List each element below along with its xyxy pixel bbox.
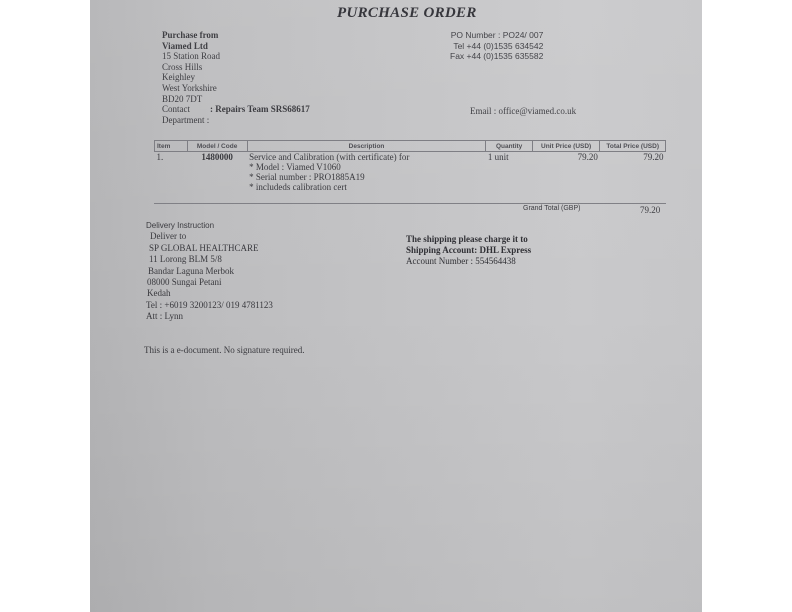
contact-label: Contact: [162, 104, 210, 115]
cell-quantity: 1 unit: [486, 152, 532, 193]
total-divider: [154, 203, 666, 204]
po-fax: Fax +44 (0)1535 635582: [450, 51, 543, 62]
delivery-phone: Tel : +6019 3200123/ 019 4781123: [146, 300, 273, 311]
department-label: Department :: [162, 115, 310, 126]
vendor-name: Viamed Ltd: [162, 41, 310, 52]
delivery-attention: Att : Lynn: [146, 311, 273, 322]
cell-unit-price: 79.20: [532, 152, 600, 193]
document-title: PURCHASE ORDER: [337, 5, 477, 22]
header-total-price: Total Price (USD): [600, 141, 666, 152]
vendor-contact: Contact: Repairs Team SRS68617: [162, 104, 310, 115]
table-row: 1. 1480000 Service and Calibration (with…: [155, 152, 666, 193]
delivery-heading: Delivery Instruction: [146, 220, 273, 231]
delivery-line: Bandar Laguna Merbok: [146, 266, 273, 277]
po-info-block: PO Number : PO24/ 007 Tel +44 (0)1535 63…: [450, 30, 543, 62]
header-model-code: Model / Code: [187, 141, 247, 152]
header-quantity: Quantity: [486, 141, 532, 152]
header-description: Description: [247, 141, 486, 152]
vendor-address-line: 15 Station Road: [162, 51, 310, 62]
vendor-email: Email : office@viamed.co.uk: [470, 106, 576, 116]
delivery-line: SP GLOBAL HEALTHCARE: [146, 243, 273, 254]
description-line: Service and Calibration (with certificat…: [249, 152, 484, 162]
description-line: * Serial number : PRO1885A19: [249, 172, 484, 182]
vendor-heading: Purchase from: [162, 30, 310, 41]
vendor-address-line: Keighley: [162, 72, 310, 83]
vendor-address-line: Cross Hills: [162, 62, 310, 73]
po-tel: Tel +44 (0)1535 634542: [450, 41, 543, 52]
grand-total-label: Grand Total (GBP): [523, 205, 580, 212]
description-line: * includeds calibration cert: [249, 182, 484, 192]
description-line: * Model : Viamed V1060: [249, 162, 484, 172]
shipping-block: The shipping please charge it to Shippin…: [406, 234, 531, 267]
cell-total-price: 79.20: [600, 152, 666, 193]
delivery-line: Kedah: [146, 288, 273, 299]
contact-value: : Repairs Team SRS68617: [210, 104, 310, 114]
shipping-line: The shipping please charge it to: [406, 234, 531, 245]
grand-total-value: 79.20: [640, 205, 660, 215]
cell-item: 1.: [155, 152, 188, 193]
vendor-address-line: West Yorkshire: [162, 83, 310, 94]
line-items-table: Item Model / Code Description Quantity U…: [154, 140, 666, 192]
shipping-account-number: Account Number : 554564438: [406, 256, 531, 267]
document-photo: PURCHASE ORDER Purchase from Viamed Ltd …: [90, 0, 702, 612]
footer-note: This is a e-document. No signature requi…: [144, 345, 304, 355]
vendor-address-line: BD20 7DT: [162, 94, 310, 105]
po-number: PO Number : PO24/ 007: [450, 30, 543, 41]
vendor-block: Purchase from Viamed Ltd 15 Station Road…: [162, 30, 310, 125]
table-header-row: Item Model / Code Description Quantity U…: [155, 141, 666, 152]
delivery-block: Delivery Instruction Deliver to SP GLOBA…: [146, 220, 273, 323]
delivery-line: 08000 Sungai Petani: [146, 277, 273, 288]
cell-model: 1480000: [187, 152, 247, 193]
delivery-line: 11 Lorong BLM 5/8: [146, 254, 273, 265]
shipping-account: Shipping Account: DHL Express: [406, 245, 531, 256]
delivery-line: Deliver to: [146, 231, 273, 242]
cell-description: Service and Calibration (with certificat…: [247, 152, 486, 193]
header-unit-price: Unit Price (USD): [532, 141, 600, 152]
header-item: Item: [155, 141, 188, 152]
